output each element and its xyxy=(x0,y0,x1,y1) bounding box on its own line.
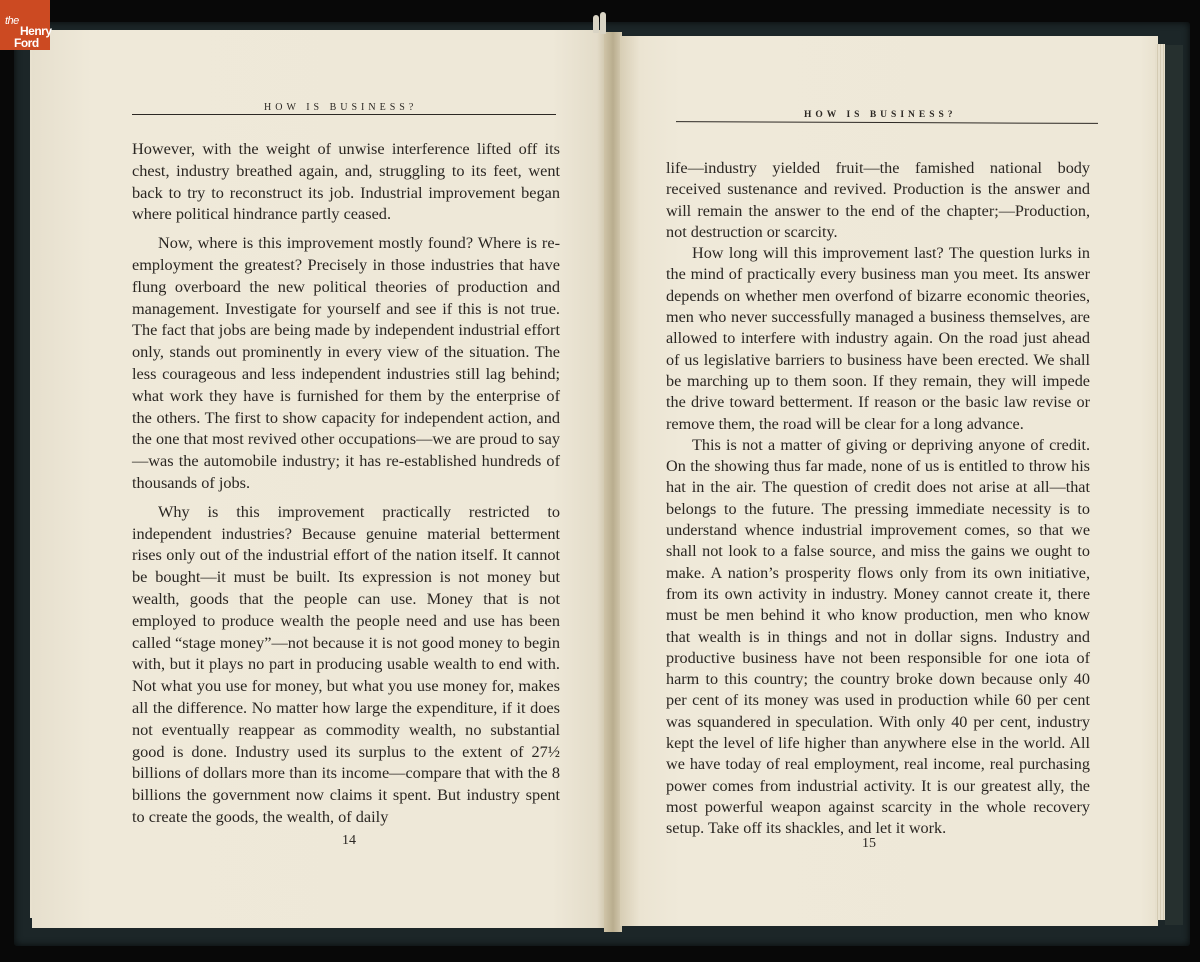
logo-text-the: the xyxy=(5,16,19,27)
paragraph: Now, where is this improvement mostly fo… xyxy=(132,232,560,494)
running-head-left: HOW IS BUSINESS? xyxy=(264,102,417,113)
page-number-left: 14 xyxy=(342,833,356,849)
left-page: HOW IS BUSINESS? However, with the weigh… xyxy=(32,30,606,928)
page-stack-edge xyxy=(1155,44,1165,920)
left-page-body: However, with the weight of unwise inter… xyxy=(132,138,560,828)
bookmark-ribbon xyxy=(593,15,599,33)
paragraph: life—industry yielded fruit—the famished… xyxy=(666,158,1090,243)
running-head-right: HOW IS BUSINESS? xyxy=(804,110,957,120)
book-cover-edge xyxy=(1165,45,1183,925)
paragraph: This is not a matter of giving or depriv… xyxy=(666,435,1090,840)
right-page: HOW IS BUSINESS? life—industry yielded f… xyxy=(620,36,1158,926)
paragraph: How long will this improvement last? The… xyxy=(666,243,1090,435)
paragraph: Why is this improvement practically rest… xyxy=(132,501,560,828)
logo-text-ford: Ford xyxy=(14,37,39,49)
header-rule-left xyxy=(132,114,556,115)
paragraph: However, with the weight of unwise inter… xyxy=(132,138,560,225)
bookmark-ribbon xyxy=(600,12,606,34)
right-page-body: life—industry yielded fruit—the famished… xyxy=(666,158,1090,840)
header-rule-right xyxy=(676,121,1098,124)
page-number-right: 15 xyxy=(862,836,876,852)
henry-ford-logo: the Henry Ford xyxy=(0,0,50,50)
